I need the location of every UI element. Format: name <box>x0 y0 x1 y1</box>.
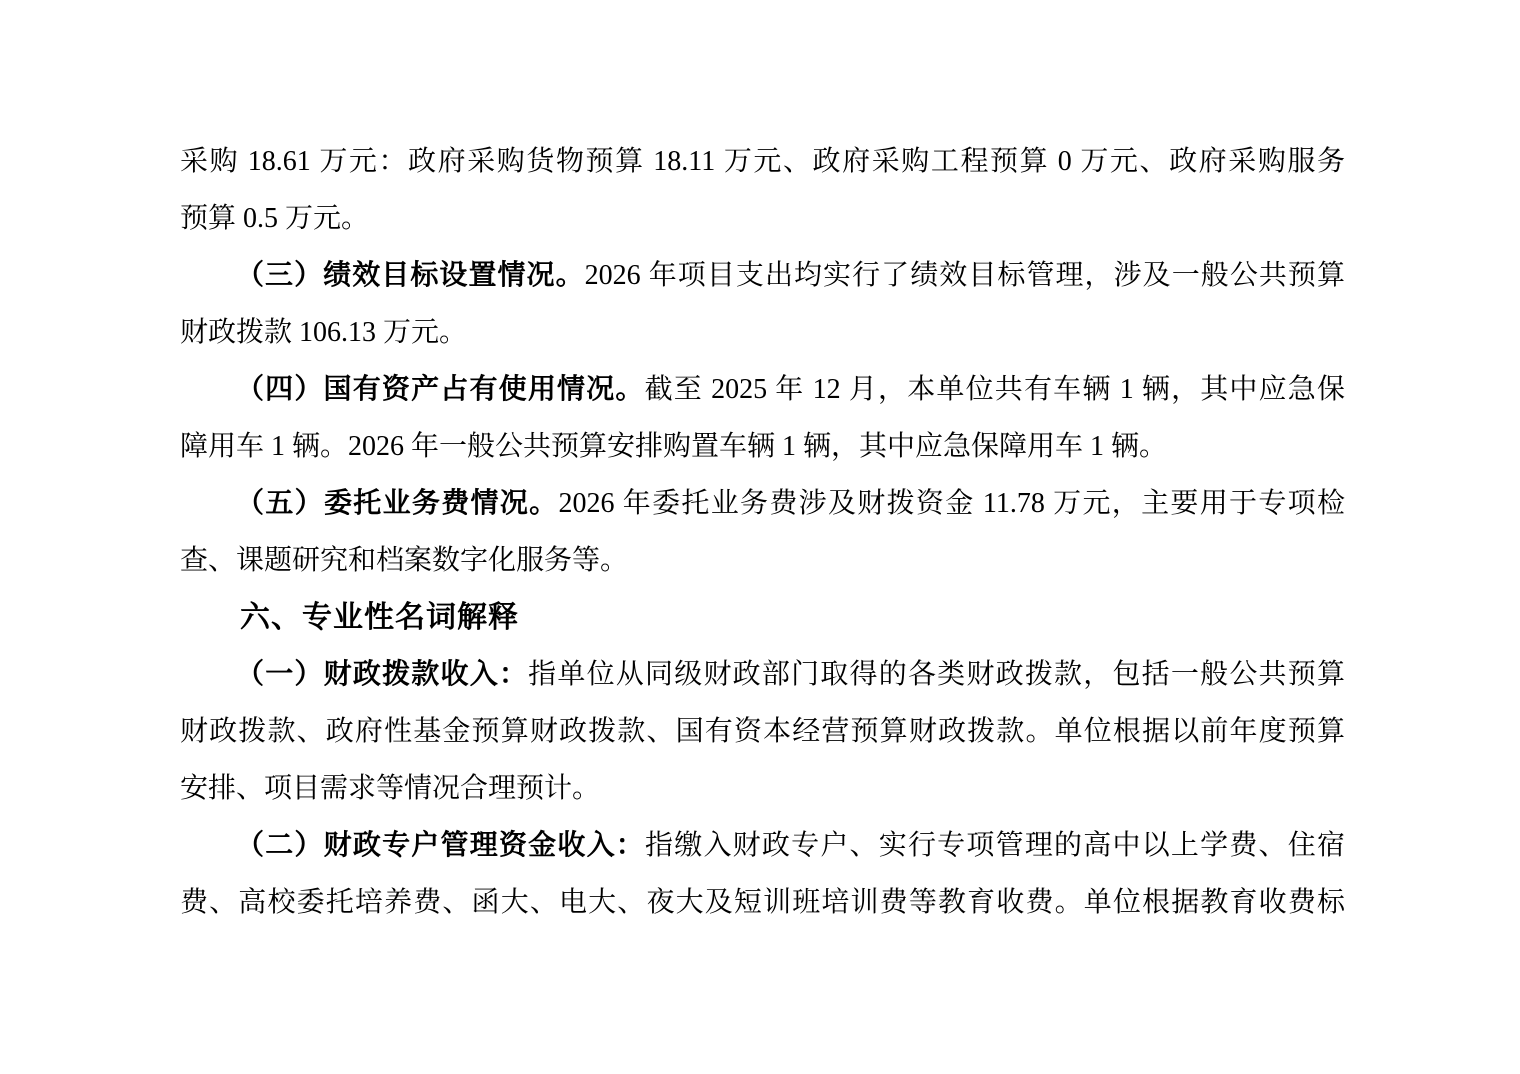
text-line: 费、高校委托培养费、函大、电大、夜大及短训班培训费等教育收费。单位根据教育收费标 <box>180 874 1345 931</box>
text-run: 2026 年项目支出均实行了绩效目标管理，涉及一般公共预算 <box>585 260 1345 291</box>
text-run: 截至 2025 年 12 月，本单位共有车辆 1 辆，其中应急保 <box>645 374 1345 405</box>
text-line: 障用车 1 辆。2026 年一般公共预算安排购置车辆 1 辆，其中应急保障用车 … <box>180 418 1345 475</box>
state-owned-assets-usage: （四）国有资产占有使用情况。截至 2025 年 12 月，本单位共有车辆 1 辆… <box>180 361 1345 475</box>
text-line: 财政拨款 106.13 万元。 <box>180 304 1345 361</box>
bold-text-run: （一）财政拨款收入： <box>236 659 528 690</box>
text-run: 指缴入财政专户、实行专项管理的高中以上学费、住宿 <box>645 830 1345 861</box>
text-run: 财政拨款、政府性基金预算财政拨款、国有资本经营预算财政拨款。单位根据以前年度预算 <box>180 716 1345 747</box>
entrusted-business-fee: （五）委托业务费情况。2026 年委托业务费涉及财拨资金 11.78 万元，主要… <box>180 475 1345 589</box>
text-run: 预算 0.5 万元。 <box>180 203 369 234</box>
terminology-section-heading: 六、专业性名词解释 <box>180 589 1345 646</box>
bold-text-run: （二）财政专户管理资金收入： <box>236 830 645 861</box>
document-text-block: 采购 18.61 万元：政府采购货物预算 18.11 万元、政府采购工程预算 0… <box>180 133 1345 931</box>
text-line: （一）财政拨款收入：指单位从同级财政部门取得的各类财政拨款，包括一般公共预算 <box>180 646 1345 703</box>
document-page: 采购 18.61 万元：政府采购货物预算 18.11 万元、政府采购工程预算 0… <box>0 0 1520 1074</box>
text-line: （五）委托业务费情况。2026 年委托业务费涉及财拨资金 11.78 万元，主要… <box>180 475 1345 532</box>
bold-text-run: （三）绩效目标设置情况。 <box>236 260 585 291</box>
text-line: （三）绩效目标设置情况。2026 年项目支出均实行了绩效目标管理，涉及一般公共预… <box>180 247 1345 304</box>
special-fiscal-account-income-definition: （二）财政专户管理资金收入：指缴入财政专户、实行专项管理的高中以上学费、住宿费、… <box>180 817 1345 931</box>
text-run: 费、高校委托培养费、函大、电大、夜大及短训班培训费等教育收费。单位根据教育收费标 <box>180 887 1345 918</box>
fiscal-appropriation-income-definition: （一）财政拨款收入：指单位从同级财政部门取得的各类财政拨款，包括一般公共预算财政… <box>180 646 1345 817</box>
text-line: （四）国有资产占有使用情况。截至 2025 年 12 月，本单位共有车辆 1 辆… <box>180 361 1345 418</box>
performance-target-setting: （三）绩效目标设置情况。2026 年项目支出均实行了绩效目标管理，涉及一般公共预… <box>180 247 1345 361</box>
text-run: 障用车 1 辆。2026 年一般公共预算安排购置车辆 1 辆，其中应急保障用车 … <box>180 431 1167 462</box>
text-run: 财政拨款 106.13 万元。 <box>180 317 467 348</box>
text-line: 预算 0.5 万元。 <box>180 190 1345 247</box>
text-run: 安排、项目需求等情况合理预计。 <box>180 773 600 804</box>
text-run: 采购 18.61 万元：政府采购货物预算 18.11 万元、政府采购工程预算 0… <box>180 146 1345 177</box>
text-line: 查、课题研究和档案数字化服务等。 <box>180 532 1345 589</box>
text-line: 安排、项目需求等情况合理预计。 <box>180 760 1345 817</box>
text-line: 六、专业性名词解释 <box>180 589 1345 646</box>
bold-text-run: （四）国有资产占有使用情况。 <box>236 374 645 405</box>
text-run: 2026 年委托业务费涉及财拨资金 11.78 万元，主要用于专项检 <box>558 488 1345 519</box>
text-line: 财政拨款、政府性基金预算财政拨款、国有资本经营预算财政拨款。单位根据以前年度预算 <box>180 703 1345 760</box>
bold-text-run: （五）委托业务费情况。 <box>236 488 558 519</box>
text-line: （二）财政专户管理资金收入：指缴入财政专户、实行专项管理的高中以上学费、住宿 <box>180 817 1345 874</box>
bold-text-run: 六、专业性名词解释 <box>240 601 519 634</box>
text-run: 指单位从同级财政部门取得的各类财政拨款，包括一般公共预算 <box>528 659 1345 690</box>
text-run: 查、课题研究和档案数字化服务等。 <box>180 545 628 576</box>
text-line: 采购 18.61 万元：政府采购货物预算 18.11 万元、政府采购工程预算 0… <box>180 133 1345 190</box>
government-procurement-continued: 采购 18.61 万元：政府采购货物预算 18.11 万元、政府采购工程预算 0… <box>180 133 1345 247</box>
